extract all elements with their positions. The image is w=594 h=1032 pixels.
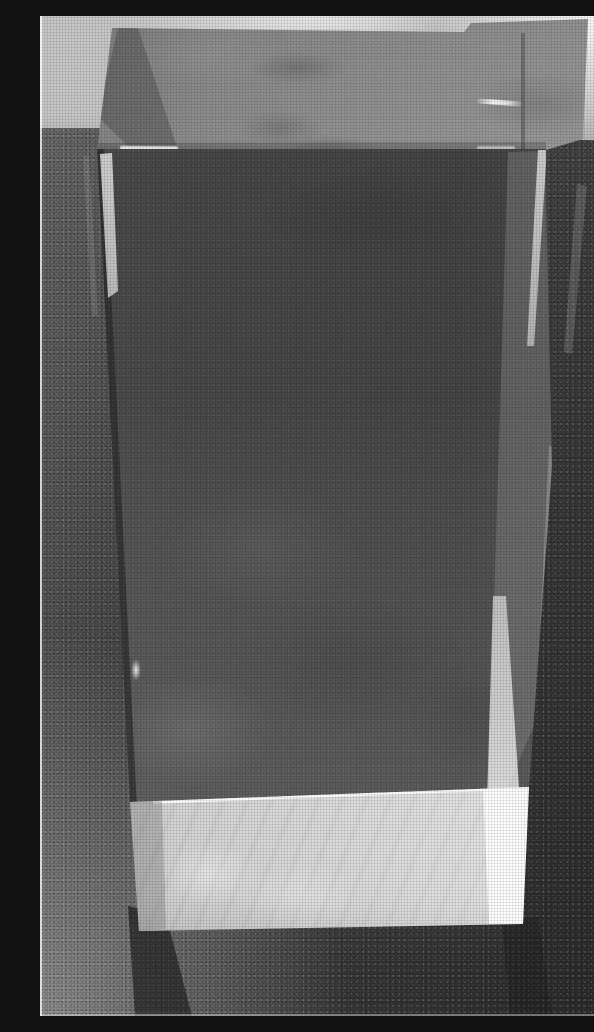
sparkle-highlight xyxy=(131,659,141,681)
scan-edge-left xyxy=(40,16,42,1016)
glass-block xyxy=(40,16,594,1016)
top-face-scratch-highlight xyxy=(477,98,522,106)
photo-glass-block: Transparent rectangular glass block stan… xyxy=(40,16,594,1016)
scan-edge-bottom xyxy=(40,1014,594,1016)
